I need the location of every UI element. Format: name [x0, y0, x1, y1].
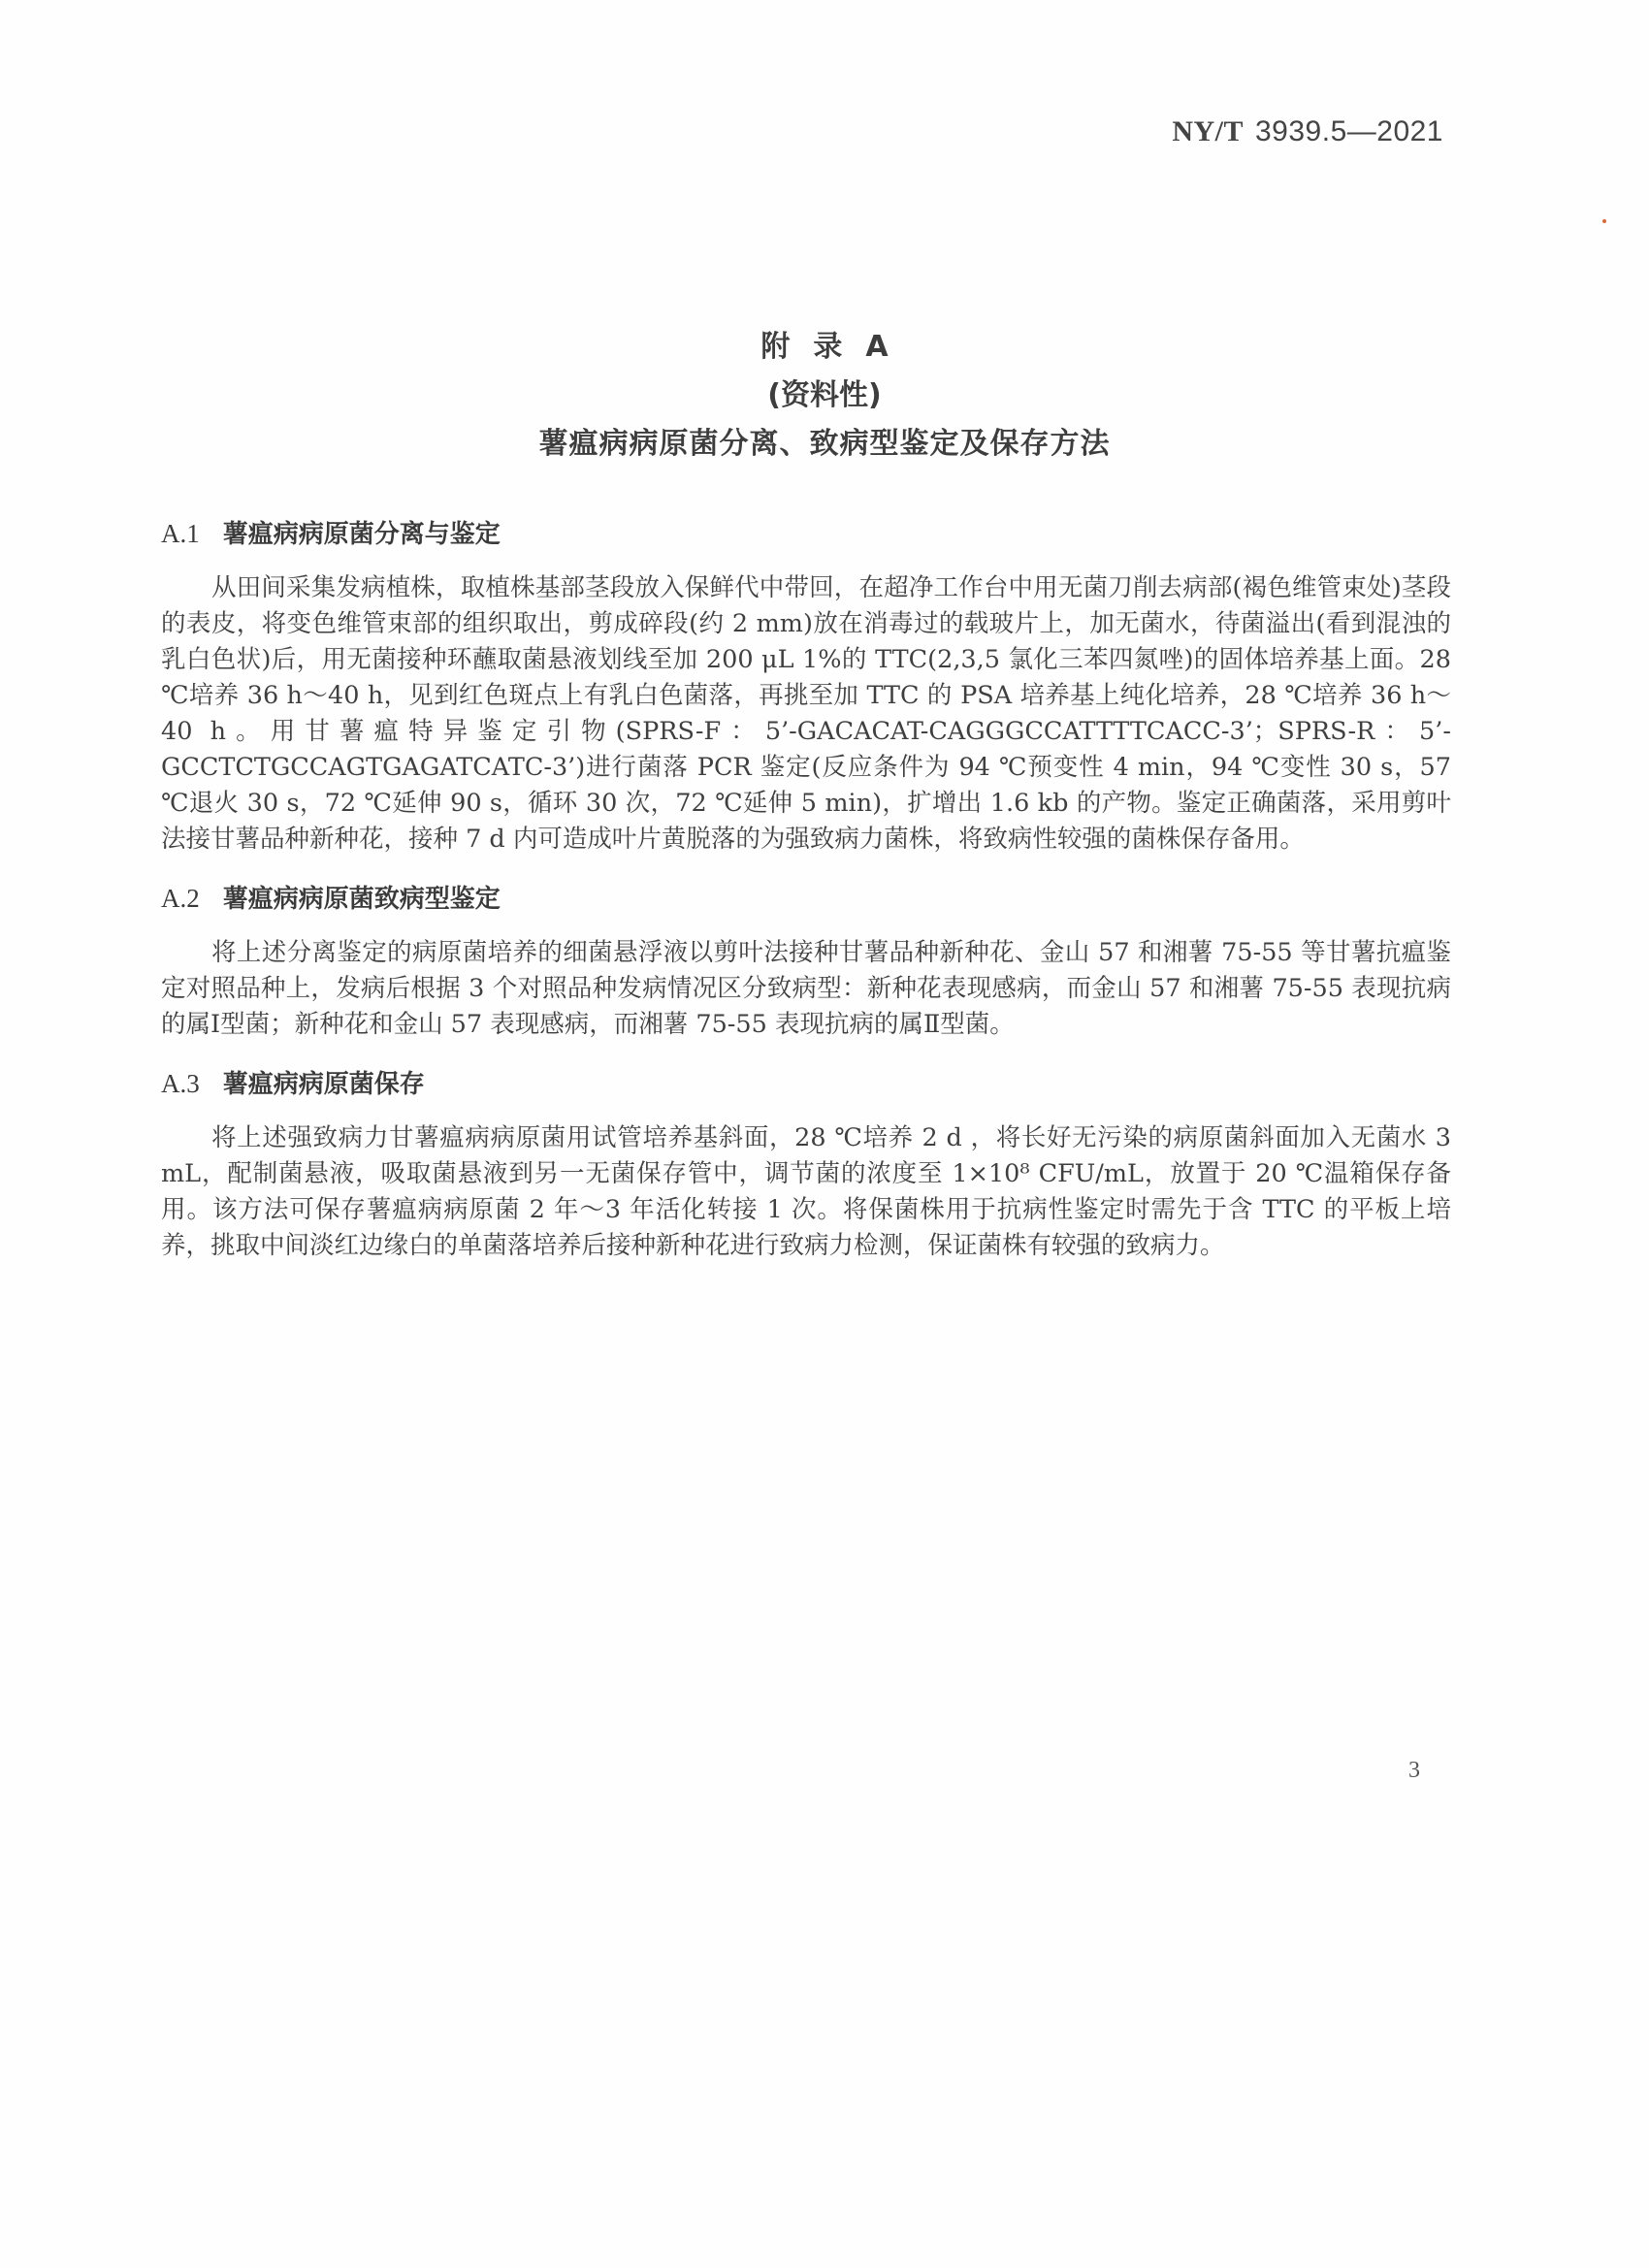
section-number: A.1	[161, 519, 200, 548]
section-paragraph: 将上述强致病力甘薯瘟病病原菌用试管培养基斜面，28 ℃培养 2 d ，将长好无污…	[161, 1120, 1451, 1264]
appendix-nature: (资料性)	[0, 376, 1649, 415]
section-number: A.3	[161, 1069, 200, 1098]
section-title: 薯瘟病病原菌保存	[223, 1070, 425, 1099]
section-a2: A.2薯瘟病病原菌致病型鉴定 将上述分离鉴定的病原菌培养的细菌悬浮液以剪叶法接种…	[161, 879, 1451, 1043]
page-number: 3	[1408, 1758, 1420, 1784]
section-heading: A.2薯瘟病病原菌致病型鉴定	[161, 879, 1451, 918]
section-a3: A.3薯瘟病病原菌保存 将上述强致病力甘薯瘟病病原菌用试管培养基斜面，28 ℃培…	[161, 1064, 1451, 1264]
standard-code: 3939.5—2021	[1255, 115, 1443, 147]
section-a1: A.1薯瘟病病原菌分离与鉴定 从田间采集发病植株，取植株基部茎段放入保鲜代中带回…	[161, 514, 1451, 858]
standard-prefix: NY/T	[1172, 115, 1244, 147]
appendix-label: 附录A	[23, 328, 1649, 367]
section-title: 薯瘟病病原菌分离与鉴定	[223, 520, 501, 549]
section-number: A.2	[161, 884, 200, 913]
section-paragraph: 将上述分离鉴定的病原菌培养的细菌悬浮液以剪叶法接种甘薯品种新种花、金山 57 和…	[161, 935, 1451, 1043]
document-body: A.1薯瘟病病原菌分离与鉴定 从田间采集发病植株，取植株基部茎段放入保鲜代中带回…	[161, 514, 1451, 1285]
appendix-title: 薯瘟病病原菌分离、致病型鉴定及保存方法	[0, 425, 1649, 464]
section-heading: A.3薯瘟病病原菌保存	[161, 1064, 1451, 1103]
document-page: NY/T3939.5—2021 附录A (资料性) 薯瘟病病原菌分离、致病型鉴定…	[0, 0, 1649, 2268]
section-heading: A.1薯瘟病病原菌分离与鉴定	[161, 514, 1451, 553]
appendix-header: 附录A (资料性) 薯瘟病病原菌分离、致病型鉴定及保存方法	[0, 328, 1649, 464]
section-paragraph: 从田间采集发病植株，取植株基部茎段放入保鲜代中带回，在超净工作台中用无菌刀削去病…	[161, 570, 1451, 858]
section-title: 薯瘟病病原菌致病型鉴定	[223, 885, 501, 914]
scan-speck	[1602, 219, 1606, 223]
standard-number: NY/T3939.5—2021	[1172, 114, 1443, 148]
